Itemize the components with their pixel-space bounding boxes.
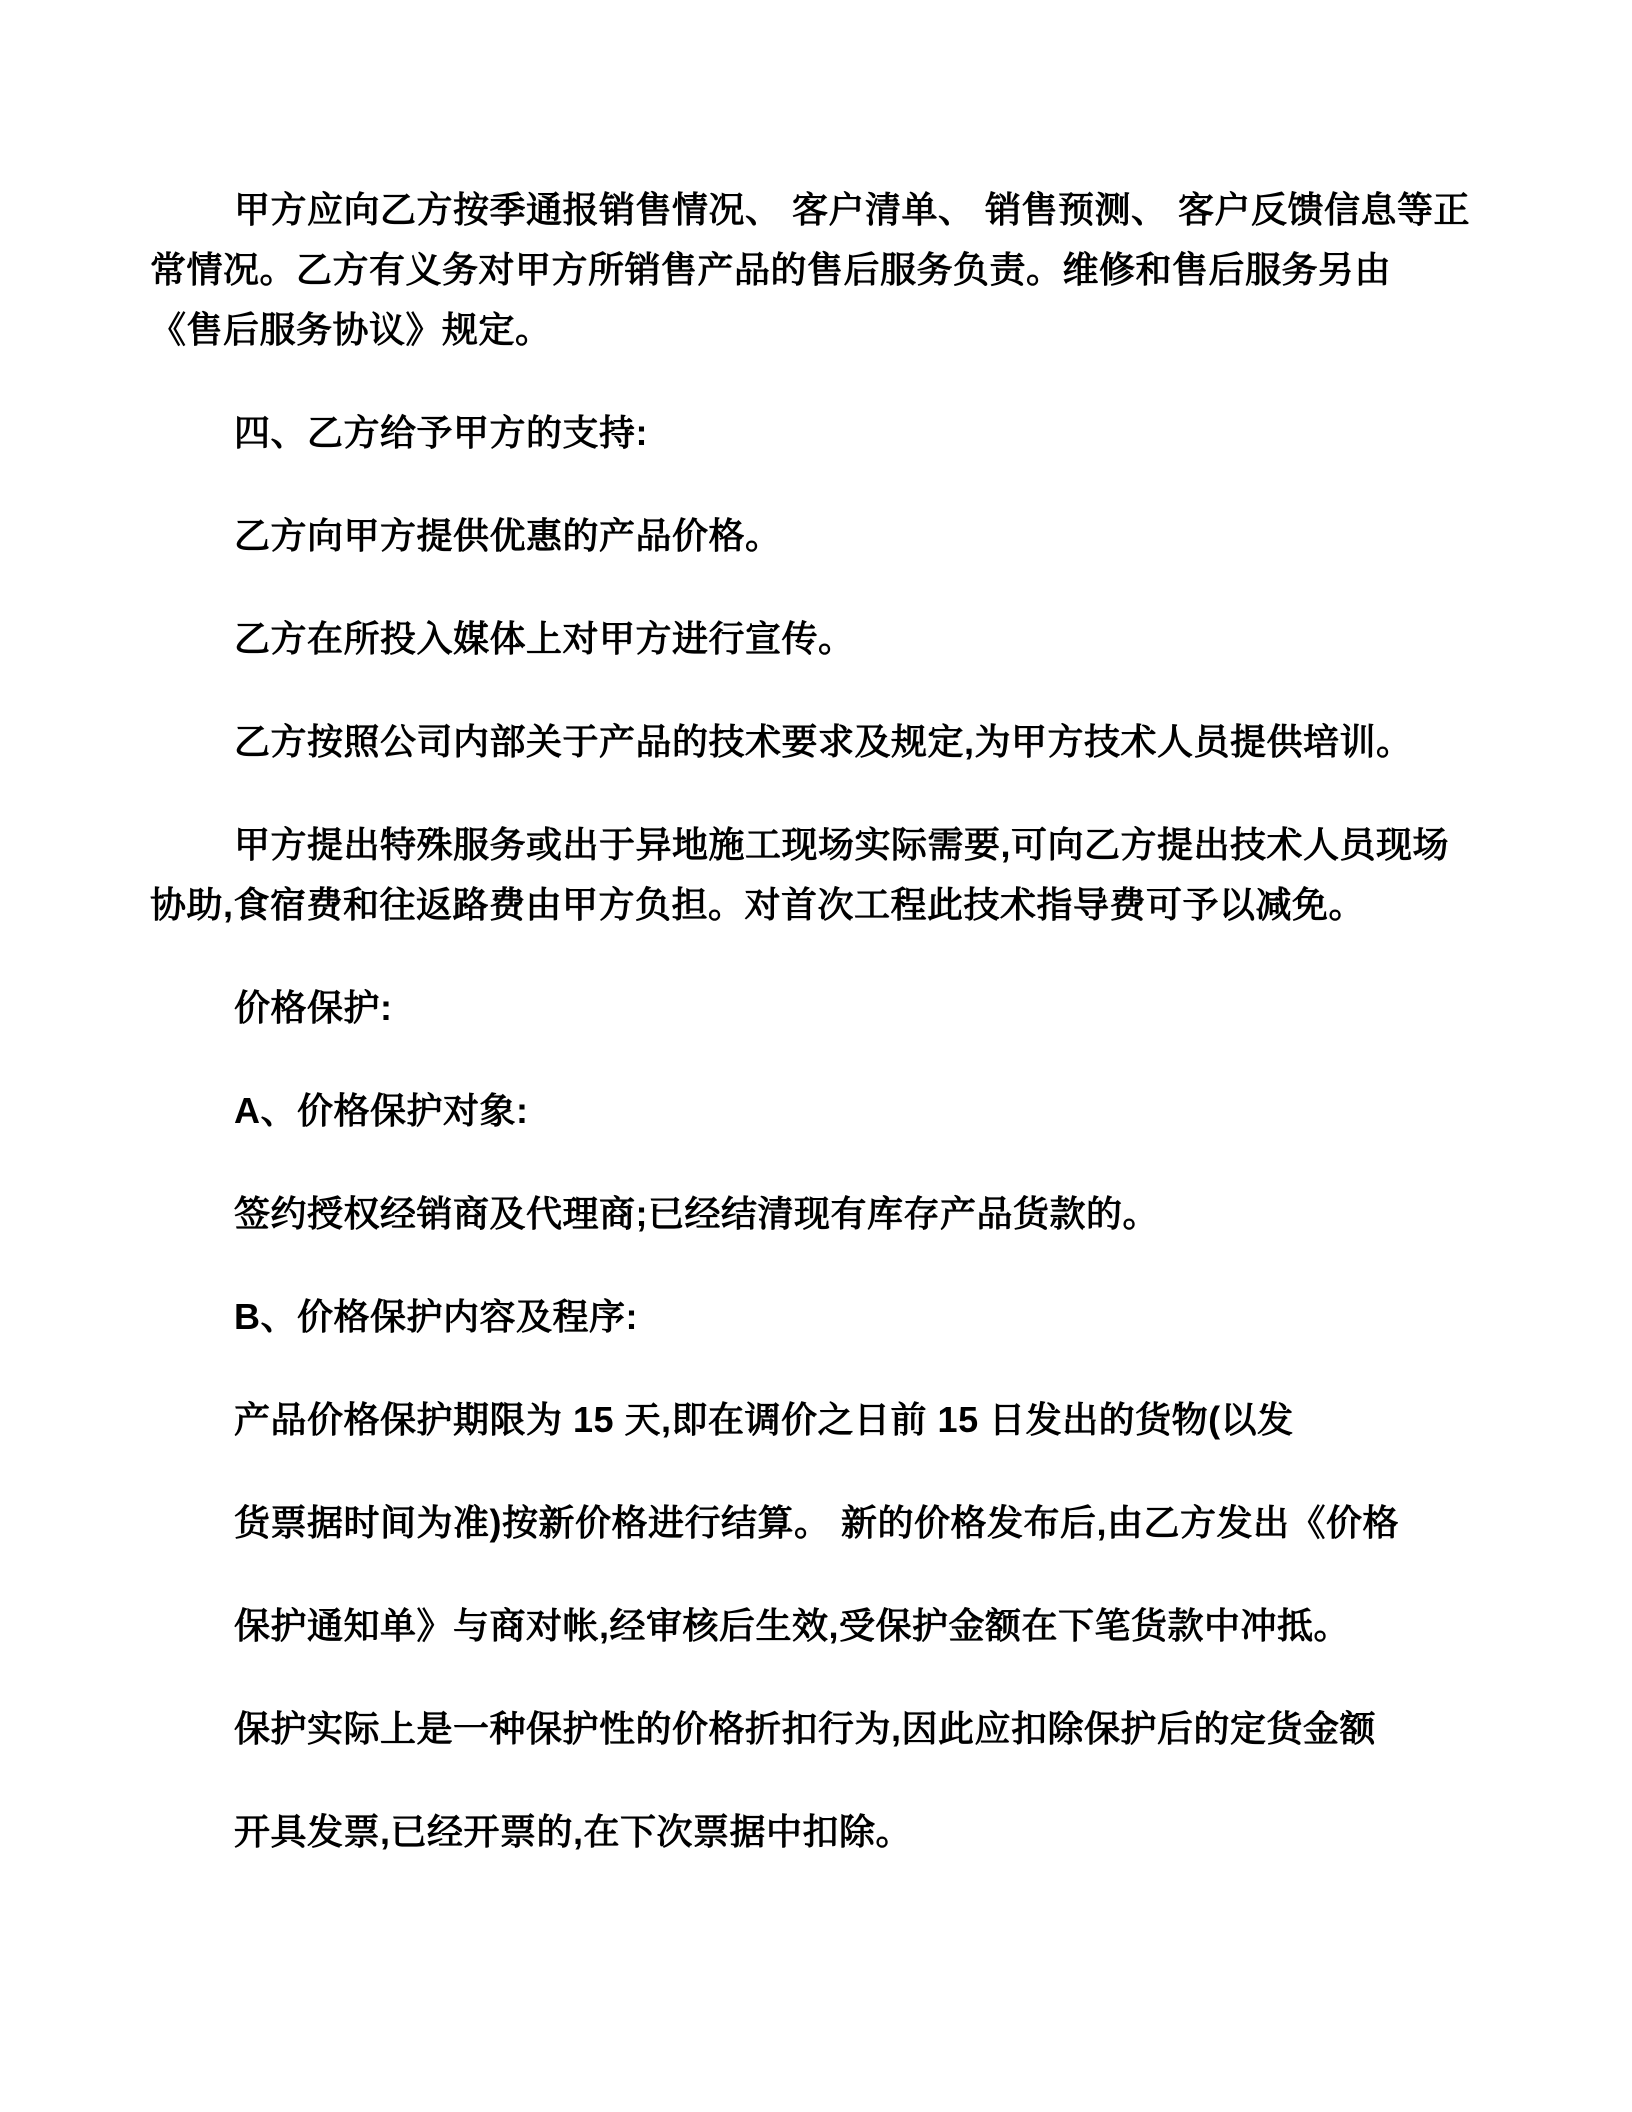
text-line: 保护实际上是一种保护性的价格折扣行为,因此应扣除保护后的定货金额 <box>150 1699 1495 1759</box>
paragraph: 乙方向甲方提供优惠的产品价格。 <box>150 506 1495 566</box>
text-line: A、价格保护对象: <box>150 1081 1495 1141</box>
paragraph: 保护通知单》与商对帐,经审核后生效,受保护金额在下笔货款中冲抵。 <box>150 1596 1495 1656</box>
text-line: 签约授权经销商及代理商;已经结清现有库存产品货款的。 <box>150 1184 1495 1244</box>
paragraph: 签约授权经销商及代理商;已经结清现有库存产品货款的。 <box>150 1184 1495 1244</box>
paragraph: 甲方应向乙方按季通报销售情况、 客户清单、 销售预测、 客户反馈信息等正常情况。… <box>150 180 1495 360</box>
text-line: 产品价格保护期限为 15 天,即在调价之日前 15 日发出的货物(以发 <box>150 1390 1495 1450</box>
paragraph: 四、乙方给予甲方的支持: <box>150 403 1495 463</box>
text-line: 《售后服务协议》规定。 <box>150 300 1495 360</box>
paragraph: 价格保护: <box>150 978 1495 1038</box>
paragraph: 乙方在所投入媒体上对甲方进行宣传。 <box>150 609 1495 669</box>
paragraph: 乙方按照公司内部关于产品的技术要求及规定,为甲方技术人员提供培训。 <box>150 712 1495 772</box>
text-line: 保护通知单》与商对帐,经审核后生效,受保护金额在下笔货款中冲抵。 <box>150 1596 1495 1656</box>
document-content: 甲方应向乙方按季通报销售情况、 客户清单、 销售预测、 客户反馈信息等正常情况。… <box>150 180 1495 1905</box>
paragraph: B、价格保护内容及程序: <box>150 1287 1495 1347</box>
text-line: 开具发票,已经开票的,在下次票据中扣除。 <box>150 1802 1495 1862</box>
text-line: 甲方应向乙方按季通报销售情况、 客户清单、 销售预测、 客户反馈信息等正 <box>150 180 1495 240</box>
paragraph: 保护实际上是一种保护性的价格折扣行为,因此应扣除保护后的定货金额 <box>150 1699 1495 1759</box>
text-line: 协助,食宿费和往返路费由甲方负担。对首次工程此技术指导费可予以减免。 <box>150 875 1495 935</box>
paragraph: 开具发票,已经开票的,在下次票据中扣除。 <box>150 1802 1495 1862</box>
document-page: 甲方应向乙方按季通报销售情况、 客户清单、 销售预测、 客户反馈信息等正常情况。… <box>0 0 1632 2112</box>
text-line: 常情况。乙方有义务对甲方所销售产品的售后服务负责。维修和售后服务另由 <box>150 240 1495 300</box>
text-line: 甲方提出特殊服务或出于异地施工现场实际需要,可向乙方提出技术人员现场 <box>150 815 1495 875</box>
text-line: 乙方在所投入媒体上对甲方进行宣传。 <box>150 609 1495 669</box>
paragraph: A、价格保护对象: <box>150 1081 1495 1141</box>
paragraph: 产品价格保护期限为 15 天,即在调价之日前 15 日发出的货物(以发 <box>150 1390 1495 1450</box>
text-line: 价格保护: <box>150 978 1495 1038</box>
paragraph: 甲方提出特殊服务或出于异地施工现场实际需要,可向乙方提出技术人员现场协助,食宿费… <box>150 815 1495 935</box>
text-line: 乙方按照公司内部关于产品的技术要求及规定,为甲方技术人员提供培训。 <box>150 712 1495 772</box>
text-line: 货票据时间为准)按新价格进行结算。 新的价格发布后,由乙方发出《价格 <box>150 1493 1495 1553</box>
text-line: B、价格保护内容及程序: <box>150 1287 1495 1347</box>
paragraph: 货票据时间为准)按新价格进行结算。 新的价格发布后,由乙方发出《价格 <box>150 1493 1495 1553</box>
text-line: 四、乙方给予甲方的支持: <box>150 403 1495 463</box>
text-line: 乙方向甲方提供优惠的产品价格。 <box>150 506 1495 566</box>
